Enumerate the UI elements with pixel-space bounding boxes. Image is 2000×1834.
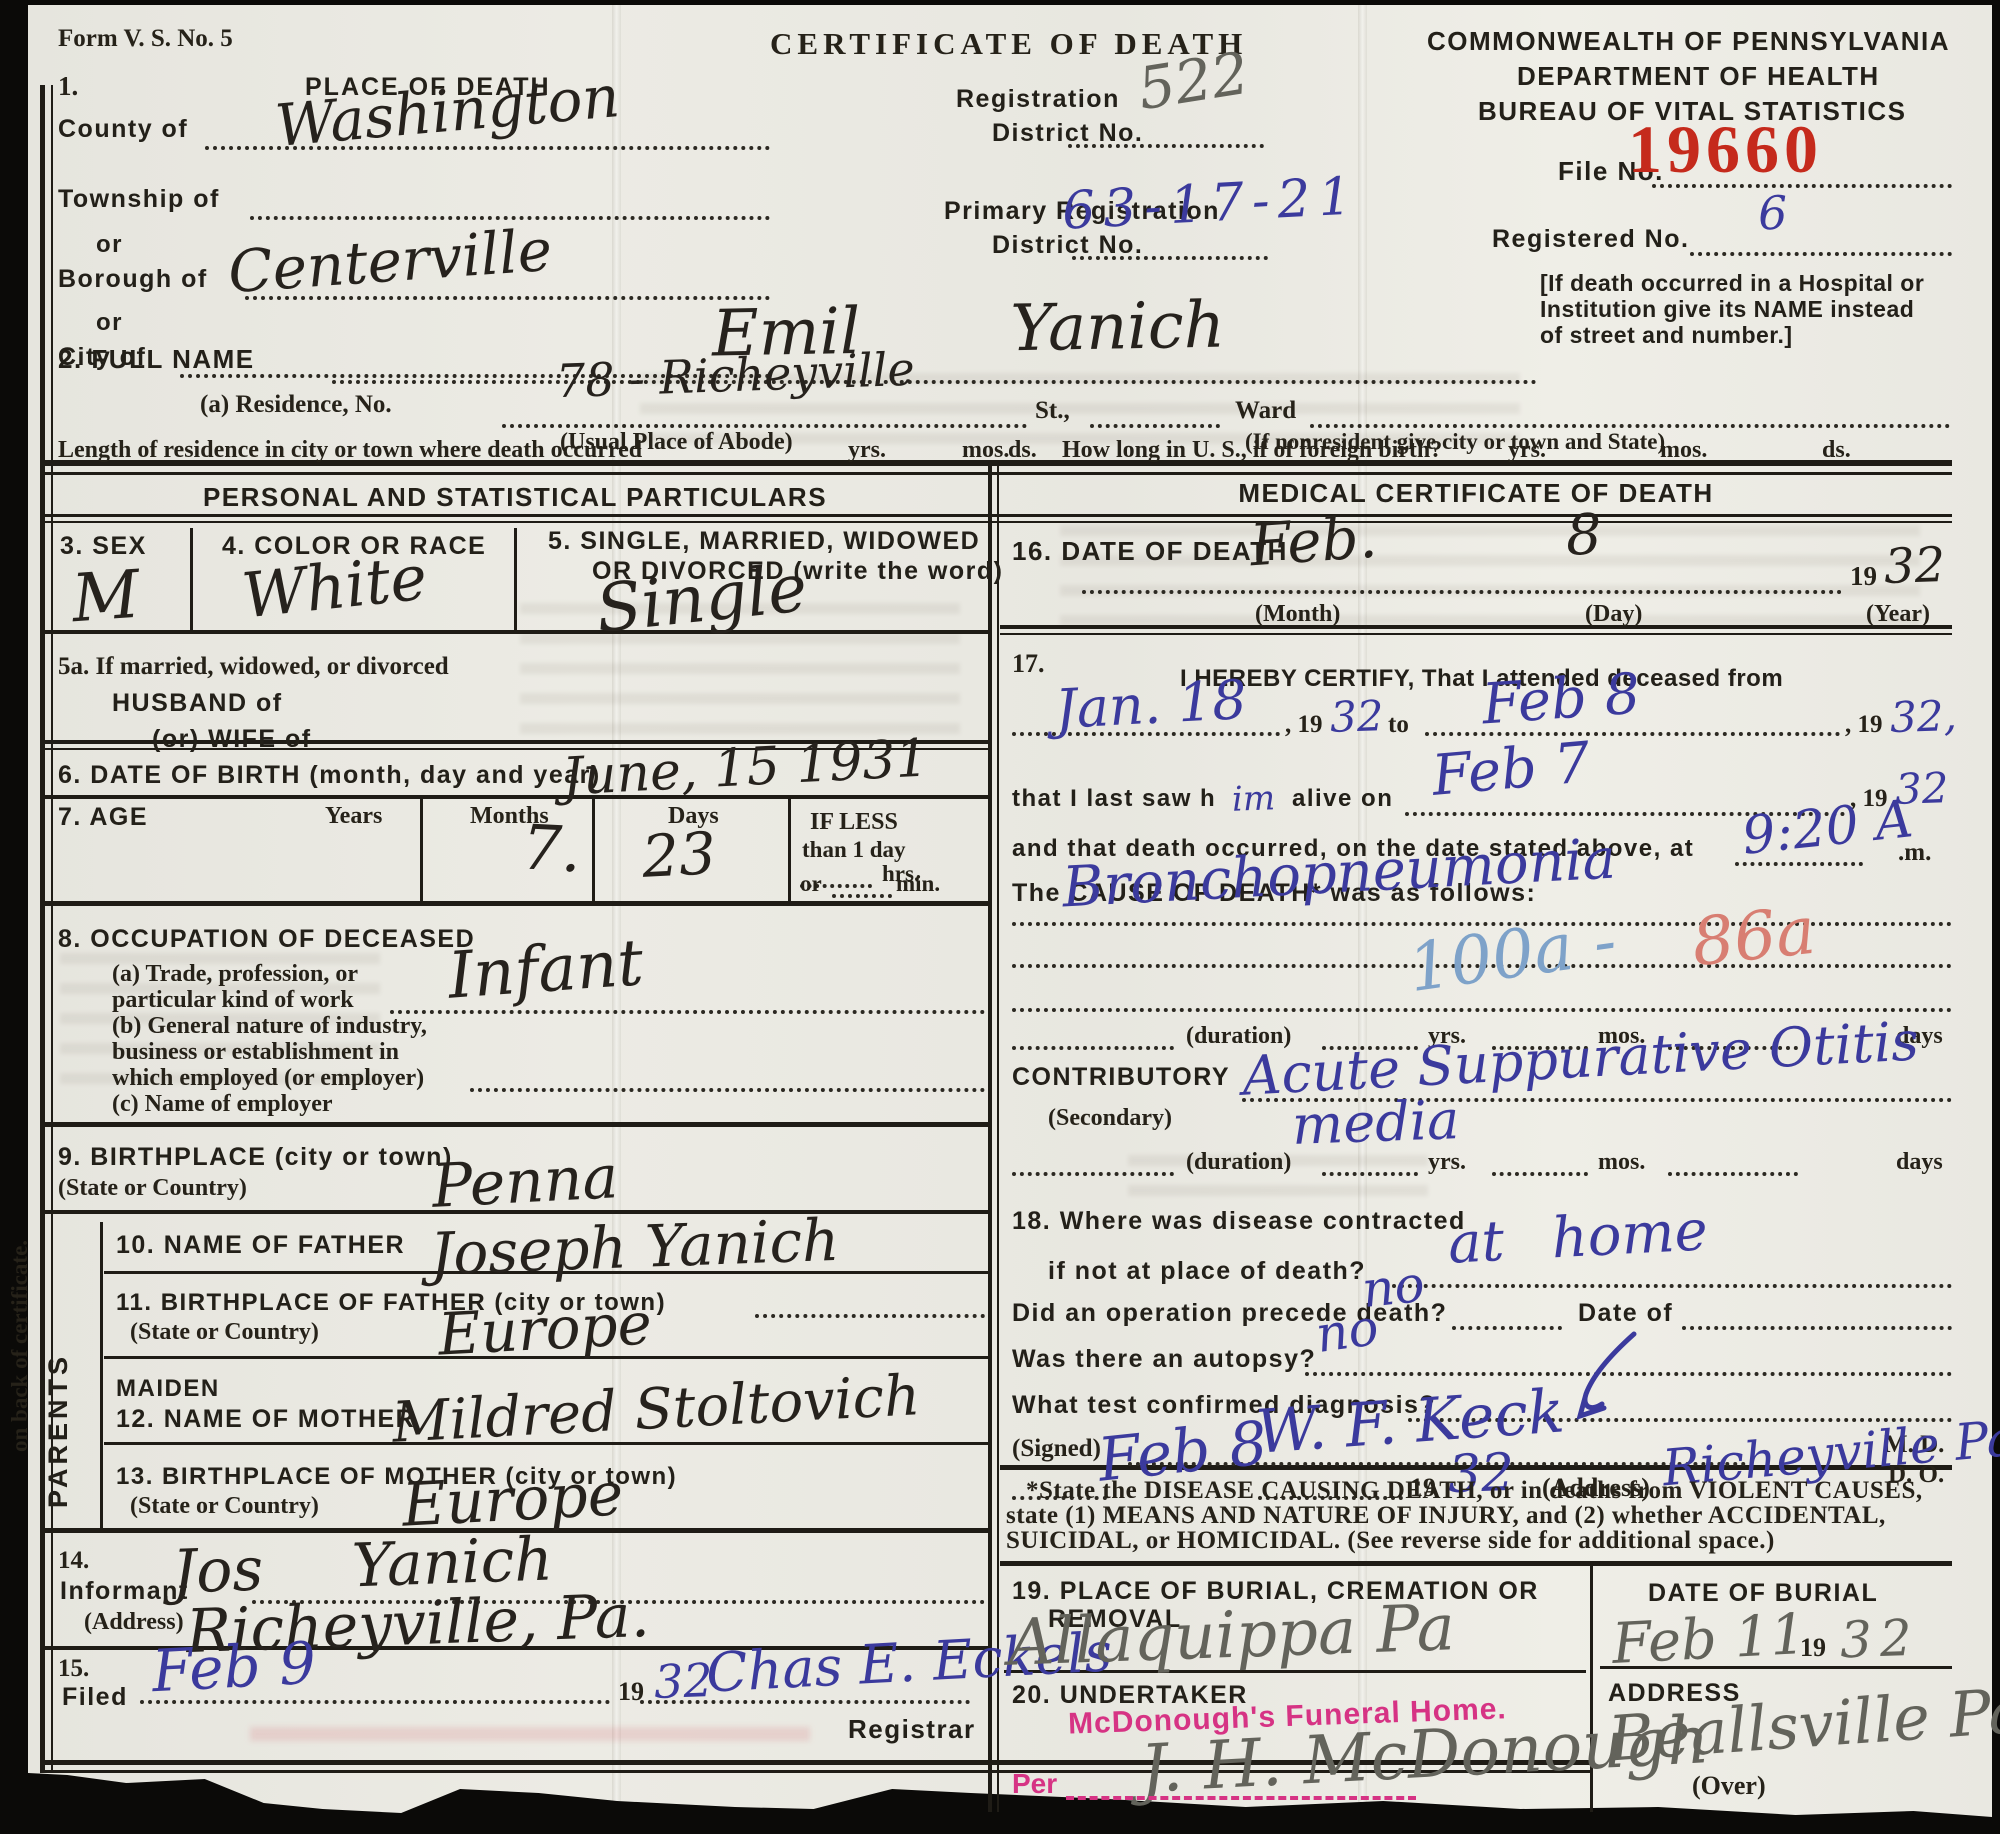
column-divider-inner — [997, 462, 999, 1812]
cell-divider — [190, 528, 193, 630]
registration-label2: District No. — [992, 120, 1143, 146]
age-label: 7. AGE — [58, 804, 148, 830]
margin-note: on back of certificate. — [8, 1240, 32, 1452]
age-table-divider — [592, 799, 595, 901]
section-1-number: 1. — [58, 72, 78, 100]
occupation-a-label: (a) Trade, profession, or — [112, 962, 358, 987]
occupation-b2-label: business or establishment in — [112, 1040, 399, 1065]
contracted-value: at home — [1447, 1203, 1709, 1273]
registration-dotline — [1068, 144, 1264, 148]
attended-to-date: Feb 8 — [1480, 667, 1642, 734]
if-less-label: IF LESS — [810, 810, 898, 835]
primary-registration-dotline — [1072, 256, 1268, 260]
autopsy-value: no — [1313, 1302, 1382, 1360]
filed-date-value: Feb 9 — [151, 1634, 318, 1700]
if-not-label: if not at place of death? — [1048, 1258, 1366, 1284]
age-years-label: Years — [325, 804, 382, 829]
operation-dotline — [1452, 1326, 1562, 1330]
fold-crease-left — [612, 5, 621, 1831]
violent-causes-note-2: state (1) MEANS AND NATURE OF INJURY, an… — [1006, 1503, 1886, 1529]
m-label: .m. — [1898, 840, 1931, 866]
printed-19: 19 — [1850, 562, 1877, 590]
date-of-label: Date of — [1578, 1300, 1673, 1326]
personal-section-heading: PERSONAL AND STATISTICAL PARTICULARS — [203, 484, 827, 511]
age-table-divider — [788, 799, 791, 901]
occupation-value: Infant — [446, 931, 645, 1008]
parents-bracket-line — [100, 1222, 103, 1528]
filed-number: 15. — [58, 1656, 89, 1682]
occupation-b-label: (b) General nature of industry, — [112, 1014, 427, 1039]
filed-year-value: 32 — [653, 1657, 713, 1705]
primary-district-value: 63-17-21 — [1061, 170, 1361, 238]
race-value: White — [239, 546, 430, 627]
burial-date-value: Feb 11 — [1611, 1607, 1808, 1673]
last-saw-date: Feb 7 — [1430, 735, 1592, 805]
ds-label: ds. — [1008, 438, 1037, 463]
burial-year-value: 32 — [1839, 1613, 1920, 1666]
date-of-death-label: 16. DATE OF DEATH — [1012, 538, 1288, 565]
yrs-label: yrs. — [1508, 438, 1546, 463]
attended-to-year: 32, — [1889, 695, 1957, 739]
state-country-label: (State or Country) — [130, 1494, 319, 1519]
duration-dotline — [1322, 1172, 1418, 1176]
maiden-label: MAIDEN — [116, 1376, 220, 1401]
left-border-inner — [51, 85, 53, 1771]
signed-label: (Signed) — [1012, 1436, 1101, 1462]
printed-comma-19: , 19 — [1845, 712, 1883, 738]
cause-dotline-3 — [1012, 1008, 1952, 1012]
over-label: (Over) — [1692, 1772, 1766, 1799]
year-label: (Year) — [1866, 602, 1930, 627]
age-months-value: 7. — [520, 816, 582, 881]
min-dotline — [832, 894, 892, 898]
burial-place-value: Allaquippa Pa — [1007, 1596, 1456, 1676]
per-dashline — [1066, 1796, 1416, 1800]
ink-check-stroke — [1556, 1332, 1656, 1432]
days-label: days — [1896, 1150, 1943, 1175]
father-birthplace-value: Europe — [437, 1294, 654, 1363]
mos-label: mos. — [1598, 1150, 1645, 1175]
township-label: Township of — [58, 186, 220, 212]
informant-address-label: (Address) — [84, 1610, 184, 1635]
registered-no-label: Registered No. — [1492, 226, 1689, 252]
file-number-stamp: 19660 — [1628, 114, 1823, 185]
birthplace-value: Penna — [431, 1147, 620, 1217]
date-of-death-month: Feb. — [1248, 508, 1379, 575]
rule — [1000, 633, 1952, 635]
ds-label: ds. — [1822, 438, 1851, 463]
medical-section-heading: MEDICAL CERTIFICATE OF DEATH — [1238, 480, 1713, 507]
rule-heavy — [1000, 1561, 1952, 1566]
printed-comma-19: , 19 — [1285, 712, 1323, 738]
age-table-divider — [420, 799, 423, 901]
duration-label: (duration) — [1186, 1150, 1291, 1175]
him-value: im — [1231, 781, 1275, 816]
registered-no-dotline — [1690, 252, 1952, 256]
state-country-label: (State or Country) — [130, 1320, 319, 1345]
registrar-label: Registrar — [848, 1716, 976, 1743]
burial-date-label: DATE OF BURIAL — [1648, 1580, 1878, 1606]
date-of-death-year: 32 — [1883, 541, 1946, 591]
contributory-value-2: media — [1291, 1093, 1460, 1153]
printed-19: 19 — [1800, 1634, 1826, 1661]
statistical-code-red: 86a — [1689, 898, 1819, 977]
filed-dotline — [140, 1700, 610, 1704]
or-label: or — [96, 310, 123, 335]
registrar-dotline — [640, 1700, 970, 1704]
month-label: (Month) — [1255, 602, 1340, 627]
rule-heavy — [40, 1122, 988, 1127]
autopsy-label: Was there an autopsy? — [1012, 1346, 1316, 1372]
than-1-day-label: than 1 day — [802, 838, 906, 862]
occupation-b3-label: which employed (or employer) — [112, 1066, 424, 1091]
wife-of-label: (or) WIFE of — [152, 726, 312, 752]
full-name-label: 2. FULL NAME — [58, 346, 255, 373]
mos-label: mos. — [1660, 438, 1707, 463]
ward-dotline — [1310, 424, 1950, 428]
agency-line: DEPARTMENT OF HEALTH — [1517, 63, 1880, 90]
hospital-note: [If death occurred in a Hospital or Inst… — [1540, 270, 1940, 348]
street-label: St., — [1035, 398, 1070, 424]
full-name-dotline — [332, 380, 1537, 384]
occupation-b-dotline — [470, 1088, 985, 1092]
scanned-death-certificate: Form V. S. No. 5 CERTIFICATE OF DEATH CO… — [0, 0, 2000, 1834]
last-saw-label: that I last saw h — [1012, 786, 1216, 811]
rule — [40, 795, 988, 799]
min-label: min. — [896, 872, 940, 896]
contributory-label: CONTRIBUTORY — [1012, 1064, 1230, 1090]
marital-label: 5. SINGLE, MARRIED, WIDOWED — [548, 528, 980, 554]
agency-line: COMMONWEALTH OF PENNSYLVANIA — [1427, 28, 1950, 55]
father-birthplace-dotline — [755, 1314, 985, 1318]
attended-from-year: 32 — [1329, 695, 1384, 739]
rule-heavy — [40, 901, 988, 906]
mother-name-label: 12. NAME OF MOTHER — [116, 1406, 415, 1432]
residence-dotline — [502, 424, 1027, 428]
section-header-rule-b — [40, 521, 1952, 523]
or-label: or — [96, 232, 123, 257]
yrs-label: yrs. — [848, 438, 886, 463]
section-17-number: 17. — [1012, 650, 1045, 677]
dob-label: 6. DATE OF BIRTH (month, day and year) — [58, 762, 601, 788]
left-border-outer — [40, 85, 45, 1771]
street-dotline — [1090, 424, 1220, 428]
occupation-c-label: (c) Name of employer — [112, 1092, 333, 1117]
husband-of-label: HUSBAND of — [112, 690, 283, 716]
operation-date-dotline — [1682, 1326, 1952, 1330]
registration-label: Registration — [956, 86, 1120, 112]
day-label: (Day) — [1585, 602, 1642, 627]
sex-value: M — [70, 562, 142, 633]
registered-no-value: 6 — [1757, 190, 1788, 237]
to-label: to — [1388, 712, 1409, 738]
residence-value: 78 - Richeyville — [555, 346, 915, 404]
contracted-dotline — [1392, 1284, 1952, 1288]
duration-dotline — [1012, 1046, 1174, 1050]
ward-label: Ward — [1235, 398, 1296, 424]
alive-on-label: alive on — [1292, 786, 1393, 811]
parents-vertical-label: PARENTS — [44, 1353, 72, 1508]
rule — [1000, 625, 1952, 629]
attended-from-date: Jan. 18 — [1054, 673, 1248, 737]
stamp-ghost — [250, 1727, 810, 1741]
mos-label: mos. — [962, 438, 1009, 463]
state-country-label: (State or Country) — [58, 1176, 247, 1201]
how-long-label: How long in U. S., if of foreign birth? — [1062, 438, 1442, 463]
informant-label: Informant — [60, 1578, 189, 1604]
violent-causes-note-1: *State the DISEASE CAUSING DEATH, or in … — [1026, 1478, 1923, 1504]
age-days-value: 23 — [641, 824, 718, 886]
duration-dotline — [1012, 1172, 1174, 1176]
occupation-label: 8. OCCUPATION OF DECEASED — [58, 926, 475, 952]
yrs-label: yrs. — [1428, 1150, 1466, 1175]
father-name-value: Joseph Yanich — [429, 1211, 840, 1283]
date-of-death-dotline — [1082, 590, 1842, 594]
where-contracted-label: 18. Where was disease contracted — [1012, 1208, 1466, 1234]
main-divider-rule-bottom — [40, 472, 1952, 475]
duration-dotline — [1668, 1172, 1798, 1176]
form-number: Form V. S. No. 5 — [58, 26, 233, 52]
violent-causes-note-3: SUICIDAL, or HOMICIDAL. (See reverse sid… — [1006, 1528, 1775, 1554]
date-of-death-day: 8 — [1565, 507, 1603, 564]
per-label: Per — [1012, 1768, 1057, 1800]
rule — [40, 630, 988, 634]
informant-number: 14. — [58, 1548, 89, 1574]
residence-label: (a) Residence, No. — [200, 392, 392, 418]
borough-label: Borough of — [58, 266, 208, 292]
column-divider-outer — [988, 462, 992, 1812]
section-header-rule-a — [40, 514, 1952, 517]
or-min-label: or — [800, 872, 822, 896]
registration-district-value: 522 — [1134, 44, 1252, 119]
fold-crease-right — [1358, 5, 1367, 1831]
secondary-label: (Secondary) — [1048, 1106, 1172, 1131]
cell-divider — [514, 528, 517, 630]
length-of-residence-label: Length of residence in city or town wher… — [58, 438, 642, 463]
county-label: County of — [58, 116, 188, 142]
duration-dotline — [1492, 1172, 1588, 1176]
occupation-a2-label: particular kind of work — [112, 988, 354, 1013]
father-name-label: 10. NAME OF FATHER — [116, 1232, 405, 1258]
filed-label: Filed — [62, 1684, 128, 1710]
birthplace-label: 9. BIRTHPLACE (city or town) — [58, 1144, 453, 1170]
husband-wife-label: 5a. If married, widowed, or divorced — [58, 654, 449, 680]
